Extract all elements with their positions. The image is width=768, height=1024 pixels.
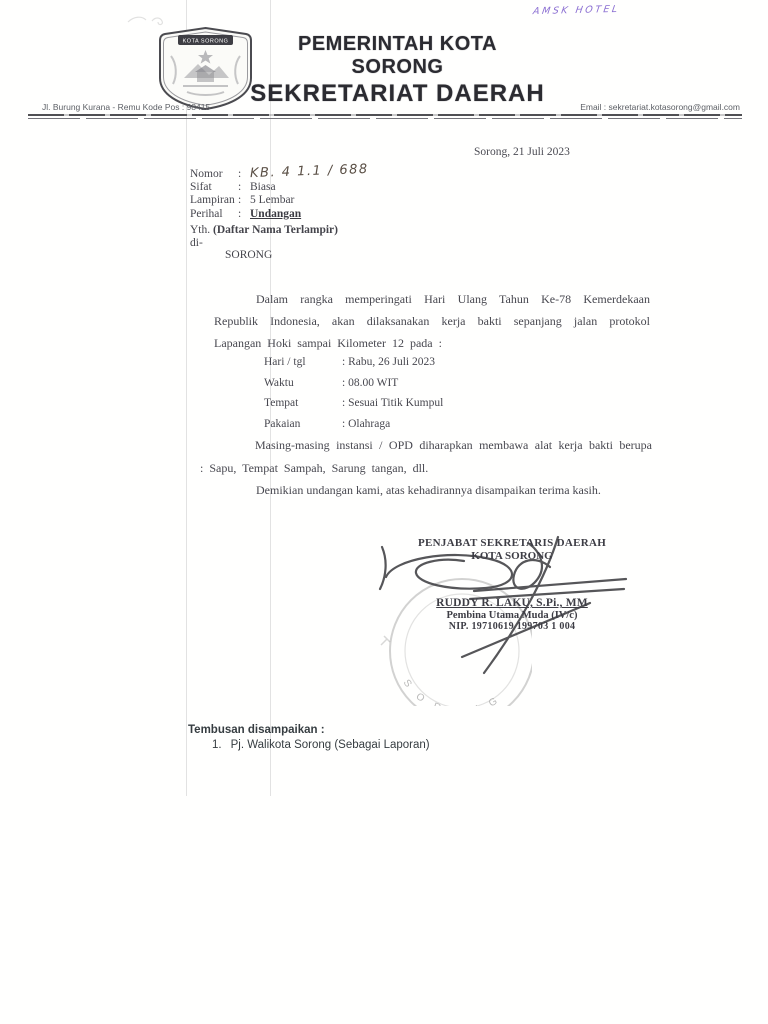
detail-row-time: Waktu : 08.00 WIT (264, 373, 443, 394)
event-details: Hari / tgl : Rabu, 26 Juli 2023 Waktu : … (264, 352, 443, 434)
meta-label: Perihal (190, 208, 238, 221)
signatory-rank: Pembina Utama Muda (IV/c) (398, 610, 626, 621)
detail-row-place: Tempat : Sesuai Titik Kumpul (264, 393, 443, 414)
recipient-city: SORONG (225, 249, 338, 262)
recipient-name: (Daftar Nama Terlampir) (213, 224, 338, 236)
handwritten-letter-number: KB. 4 1.1 / 688 (250, 163, 369, 180)
body-paragraph-3: Demikian undangan kami, atas kehadiranny… (214, 483, 650, 498)
stamp-text: S O R O N G (401, 678, 504, 706)
cc-item-number: 1. (212, 739, 222, 751)
letterhead-divider (28, 114, 742, 119)
signatory-nip: NIP. 19710619 199703 1 004 (398, 621, 626, 632)
meta-value: 5 Lembar (250, 194, 294, 207)
detail-value: : Sesuai Titik Kumpul (342, 393, 443, 414)
meta-value: Biasa (250, 181, 276, 194)
svg-text:S O R O N G: S O R O N G (401, 678, 504, 706)
meta-separator: : (238, 168, 250, 181)
fold-line-left (186, 0, 187, 796)
body-paragraph-1: Dalam rangka memperingati Hari Ulang Tah… (214, 288, 650, 354)
subject-value: Undangan (250, 208, 301, 221)
scanned-letter-page: AMSK HOTEL KOTA SORONG PEMERINTAH KOTA S… (0, 0, 768, 1024)
signatory-title: PENJABAT SEKRETARIS DAERAH (398, 537, 626, 549)
cc-heading: Tembusan disampaikan : (188, 724, 430, 736)
signatory-identity-block: RUDDY R. LAKU, S.Pi., MM Pembina Utama M… (398, 597, 626, 632)
signatory-name: RUDDY R. LAKU, S.Pi., MM (398, 597, 626, 609)
meta-separator: : (238, 181, 250, 194)
detail-label: Hari / tgl (264, 352, 342, 373)
meta-label: Sifat (190, 181, 238, 194)
letterhead-contact-row: Jl. Burung Kurana - Remu Kode Pos : 9841… (30, 102, 740, 112)
office-email: Email : sekretariat.kotasorong@gmail.com (580, 102, 740, 112)
meta-row-perihal: Perihal : Undangan (190, 208, 369, 221)
meta-label: Nomor (190, 168, 238, 181)
cc-item-text: Pj. Walikota Sorong (Sebagai Laporan) (231, 739, 430, 751)
letterhead-titles: PEMERINTAH KOTA SORONG SEKRETARIAT DAERA… (250, 33, 545, 108)
meta-row-sifat: Sifat : Biasa (190, 181, 369, 194)
letter-meta: Nomor : KB. 4 1.1 / 688 Sifat : Biasa La… (190, 167, 369, 221)
detail-label: Tempat (264, 393, 342, 414)
city-coat-of-arms-logo: KOTA SORONG (157, 26, 254, 111)
recipient-line: Yth. (Daftar Nama Terlampir) (190, 224, 338, 237)
meta-row-lampiran: Lampiran : 5 Lembar (190, 194, 369, 207)
meta-label: Lampiran (190, 194, 238, 207)
signatory-title-block: PENJABAT SEKRETARIS DAERAH KOTA SORONG (398, 537, 626, 562)
cc-block: Tembusan disampaikan : 1. Pj. Walikota S… (188, 724, 430, 751)
office-address: Jl. Burung Kurana - Remu Kode Pos : 9841… (30, 102, 210, 112)
meta-separator: : (238, 208, 250, 221)
detail-value: : 08.00 WIT (342, 373, 398, 394)
handwritten-hotel-note: AMSK HOTEL (532, 4, 620, 17)
recipient-prefix: Yth. (190, 224, 213, 236)
government-name: PEMERINTAH KOTA SORONG (250, 33, 545, 79)
detail-value: : Olahraga (342, 414, 390, 435)
recipient-di: di- (190, 237, 338, 250)
recipient-block: Yth. (Daftar Nama Terlampir) di- SORONG (190, 224, 338, 262)
svg-text:KOTA SORONG: KOTA SORONG (183, 39, 229, 45)
cc-item: 1. Pj. Walikota Sorong (Sebagai Laporan) (188, 739, 430, 751)
meta-separator: : (238, 194, 250, 207)
signatory-title-city: KOTA SORONG (398, 550, 626, 562)
detail-row-dresscode: Pakaian : Olahraga (264, 414, 443, 435)
meta-row-nomor: Nomor : KB. 4 1.1 / 688 (190, 167, 369, 181)
dateline: Sorong, 21 Juli 2023 (474, 146, 570, 158)
detail-value: : Rabu, 26 Juli 2023 (342, 352, 435, 373)
body-paragraph-2: Masing-masing instansi / OPD diharapkan … (200, 434, 652, 480)
detail-row-day: Hari / tgl : Rabu, 26 Juli 2023 (264, 352, 443, 373)
detail-label: Pakaian (264, 414, 342, 435)
detail-label: Waktu (264, 373, 342, 394)
